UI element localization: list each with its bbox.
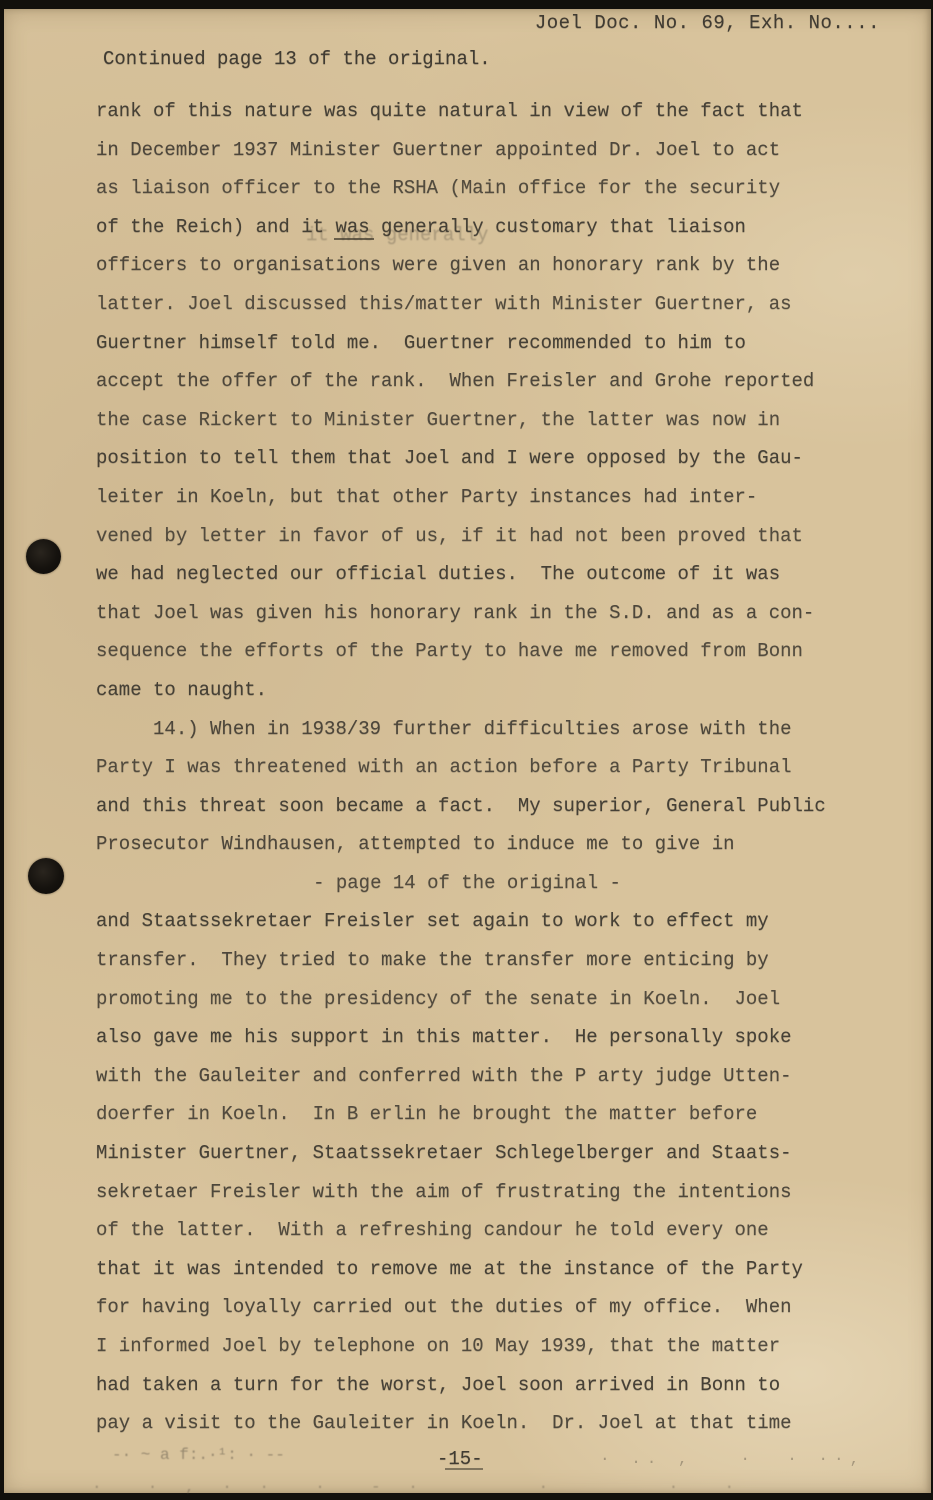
ghost-doublestrike-text: it was generally xyxy=(306,224,488,246)
text-line: Guertner himself told me. Guertner recom… xyxy=(96,324,838,363)
text-line: that it was intended to remove me at the… xyxy=(96,1250,838,1289)
hole-punch-top xyxy=(26,539,61,574)
underline-mark xyxy=(334,238,374,240)
text-line: 14.) When in 1938/39 further difficultie… xyxy=(96,710,838,749)
text-line: rank of this nature was quite natural in… xyxy=(96,92,838,131)
text-line: officers to organisations were given an … xyxy=(96,246,838,285)
text-line: sequence the efforts of the Party to hav… xyxy=(96,632,838,671)
text-line: sekretaer Freisler with the aim of frust… xyxy=(96,1173,838,1212)
footer-smudge-left: -· ~ a f:.·¹: · -- xyxy=(112,1446,285,1464)
text-line: Party I was threatened with an action be… xyxy=(96,748,838,787)
text-line: had taken a turn for the worst, Joel soo… xyxy=(96,1366,838,1405)
document-scan: Joel Doc. No. 69, Exh. No.... Continued … xyxy=(0,0,933,1500)
text-line: leiter in Koeln, but that other Party in… xyxy=(96,478,838,517)
hole-punch-bottom xyxy=(28,858,64,894)
body-text: rank of this nature was quite natural in… xyxy=(96,92,838,1443)
text-line: position to tell them that Joel and I we… xyxy=(96,439,838,478)
text-line: with the Gauleiter and conferred with th… xyxy=(96,1057,838,1096)
text-line: also gave me his support in this matter.… xyxy=(96,1018,838,1057)
continued-note: Continued page 13 of the original. xyxy=(103,48,491,70)
text-line: of the latter. With a refreshing candour… xyxy=(96,1211,838,1250)
footer-specks-row: · · , · · · - · · · · xyxy=(92,1478,743,1496)
text-line: pay a visit to the Gauleiter in Koeln. D… xyxy=(96,1404,838,1443)
text-line: accept the offer of the rank. When Freis… xyxy=(96,362,838,401)
text-line: for having loyally carried out the dutie… xyxy=(96,1288,838,1327)
text-line: that Joel was given his honorary rank in… xyxy=(96,594,838,633)
text-line: vened by letter in favor of us, if it ha… xyxy=(96,517,838,556)
text-line: - page 14 of the original - xyxy=(96,864,838,903)
text-line: we had neglected our official duties. Th… xyxy=(96,555,838,594)
text-line: transfer. They tried to make the transfe… xyxy=(96,941,838,980)
text-line: the case Rickert to Minister Guertner, t… xyxy=(96,401,838,440)
text-line: and Staatssekretaer Freisler set again t… xyxy=(96,902,838,941)
text-line: latter. Joel discussed this/matter with … xyxy=(96,285,838,324)
text-line: promoting me to the presidency of the se… xyxy=(96,980,838,1019)
footer-smudge-right: · .. , · · ··, xyxy=(600,1450,865,1468)
text-line: in December 1937 Minister Guertner appoi… xyxy=(96,131,838,170)
doc-reference: Joel Doc. No. 69, Exh. No.... xyxy=(535,12,880,34)
text-line: Prosecutor Windhausen, attempted to indu… xyxy=(96,825,838,864)
text-line: as liaison officer to the RSHA (Main off… xyxy=(96,169,838,208)
page-number-underline xyxy=(445,1468,483,1470)
text-line: I informed Joel by telephone on 10 May 1… xyxy=(96,1327,838,1366)
text-line: came to naught. xyxy=(96,671,838,710)
page-number: -15- xyxy=(437,1448,483,1470)
text-line: doerfer in Koeln. In B erlin he brought … xyxy=(96,1095,838,1134)
text-line: Minister Guertner, Staatssekretaer Schle… xyxy=(96,1134,838,1173)
text-line: and this threat soon became a fact. My s… xyxy=(96,787,838,826)
